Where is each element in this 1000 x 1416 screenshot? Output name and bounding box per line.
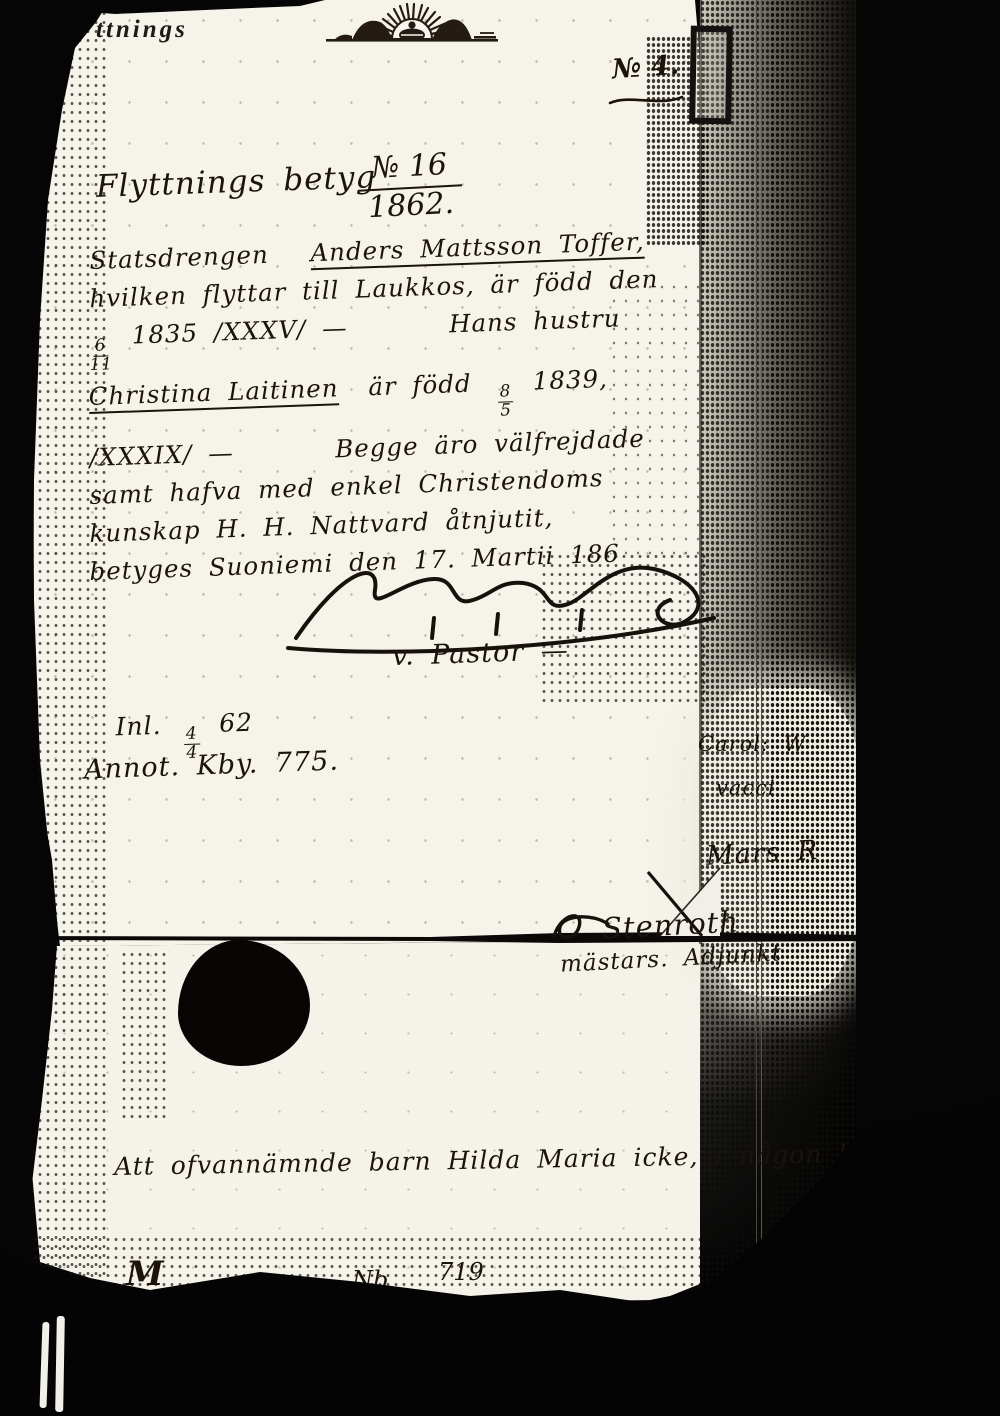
margin-fragment-3: Mars R [705,835,819,872]
body-line-4: Christina Laitinen är född 85 1839, [88,361,709,434]
received-label: Inl. [115,711,162,742]
wife-intro: Hans hustru [449,303,622,338]
rising-sun-emblem-icon [322,2,504,46]
page-number: № 4. [611,50,680,86]
margin-fragment-2: vacci [716,776,776,800]
certificate-number: № 16 [356,147,462,191]
wife-birthdate-fraction: 85 [497,384,514,420]
wife-born-label: är född [368,369,472,402]
wife-birthyear: 1839, [532,364,608,396]
pastor-title: v. Pastor — [392,635,570,672]
certificate-number-block: № 16 1862. [356,147,464,225]
certificate-year: 1862. [367,186,455,225]
adjunct-signature-name: Stenroth [601,904,740,945]
received-year: 62 [219,708,254,738]
scanned-document-page: ttnings № 4. Flyttnings betyg № 16 1862. [0,0,1000,1416]
binding-bracket-mark [689,26,733,125]
holder-role: Statsdrengen [89,240,269,275]
printed-letterhead-fragment: ttnings [96,16,188,44]
holder-birthyear: 1835 /XXXV/ — [131,313,348,350]
wife-name: Christina Laitinen [88,374,339,415]
holder-birthdate-fraction: 611 [89,337,113,373]
conduct-statement: Begge äro välfrejdade [335,423,645,463]
wife-roman-numeral: /XXXIX/ — [89,438,234,472]
book-gutter-line [756,0,762,1290]
film-slit-2 [55,1316,65,1412]
page-number-flourish [608,92,686,108]
footer-cut-fragment-right: 719 [438,1258,484,1286]
margin-fragment-1: Carol: W [698,732,806,756]
body-line-3: 611 1835 /XXXV/ — Hans hustru [88,300,709,373]
